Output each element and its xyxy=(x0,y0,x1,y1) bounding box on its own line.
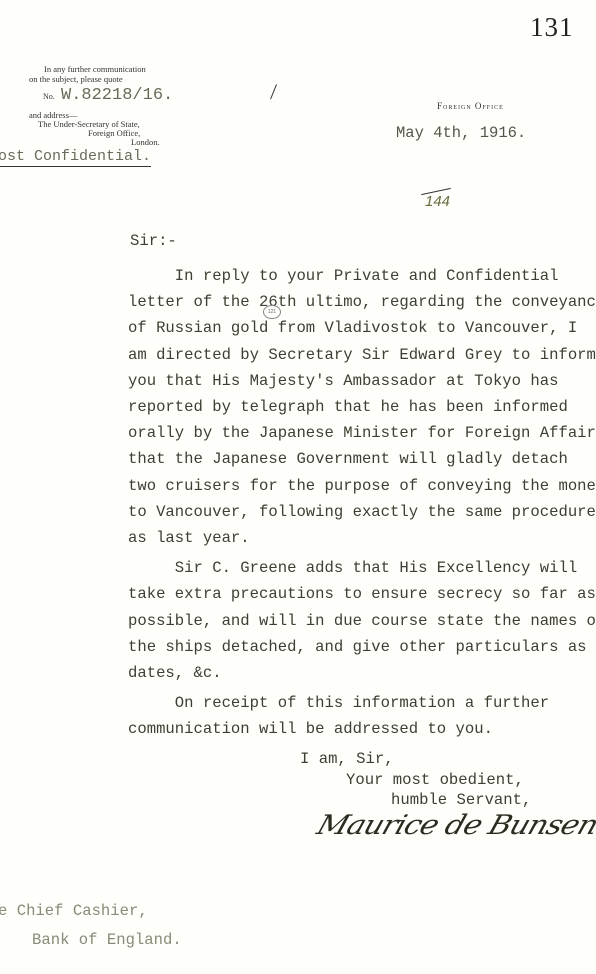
body-line: reported by telegraph that he has been i… xyxy=(128,398,568,416)
body-line: take extra precautions to ensure secrecy… xyxy=(128,585,596,603)
body-line: possible, and will in due course state t… xyxy=(128,612,596,630)
body-line: letter of the 26th ultimo, regarding the… xyxy=(128,293,596,311)
addressee-line: e Chief Cashier, xyxy=(0,902,148,920)
body-line: to Vancouver, following exactly the same… xyxy=(128,503,596,521)
reference-number: W.82218/16. xyxy=(61,86,173,105)
closing-line: Your most obedient, xyxy=(346,771,524,789)
body-line: On receipt of this information a further xyxy=(128,694,549,712)
folio-annotation: 144 xyxy=(425,193,450,210)
body-line: of Russian gold from Vladivostok to Vanc… xyxy=(128,319,577,337)
margin-annotation: 121 xyxy=(263,305,281,319)
body-line: as last year. xyxy=(128,529,250,547)
addressee-line: Bank of England. xyxy=(32,931,182,949)
body-line: am directed by Secretary Sir Edward Grey… xyxy=(128,346,596,364)
classification-label: ost Confidential. xyxy=(0,148,151,167)
reference-intro-line: on the subject, please quote xyxy=(29,74,123,84)
reference-number-label: No. xyxy=(43,92,55,101)
body-line: two cruisers for the purpose of conveyin… xyxy=(128,477,596,495)
body-line: that the Japanese Government will gladly… xyxy=(128,450,568,468)
body-line: dates, &c. xyxy=(128,664,222,682)
page-number: 131 xyxy=(530,12,574,43)
pencil-slash-mark xyxy=(270,84,278,100)
body-line: the ships detached, and give other parti… xyxy=(128,638,596,656)
office-heading: Foreign Office xyxy=(437,101,504,111)
reference-address-line: London. xyxy=(131,137,160,147)
signature: Maurice de Bunsen xyxy=(313,810,596,842)
reference-intro-line: In any further communication xyxy=(44,64,146,74)
closing-line: humble Servant, xyxy=(391,791,531,809)
body-line: In reply to your Private and Confidentia… xyxy=(128,267,558,285)
body-line: Sir C. Greene adds that His Excellency w… xyxy=(128,559,577,577)
body-line: orally by the Japanese Minister for Fore… xyxy=(128,424,596,442)
body-line: communication will be addressed to you. xyxy=(128,720,493,738)
letter-date: May 4th, 1916. xyxy=(396,124,526,142)
body-line: you that His Majesty's Ambassador at Tok… xyxy=(128,372,558,390)
salutation: Sir:- xyxy=(130,232,177,250)
closing-line: I am, Sir, xyxy=(300,750,394,768)
